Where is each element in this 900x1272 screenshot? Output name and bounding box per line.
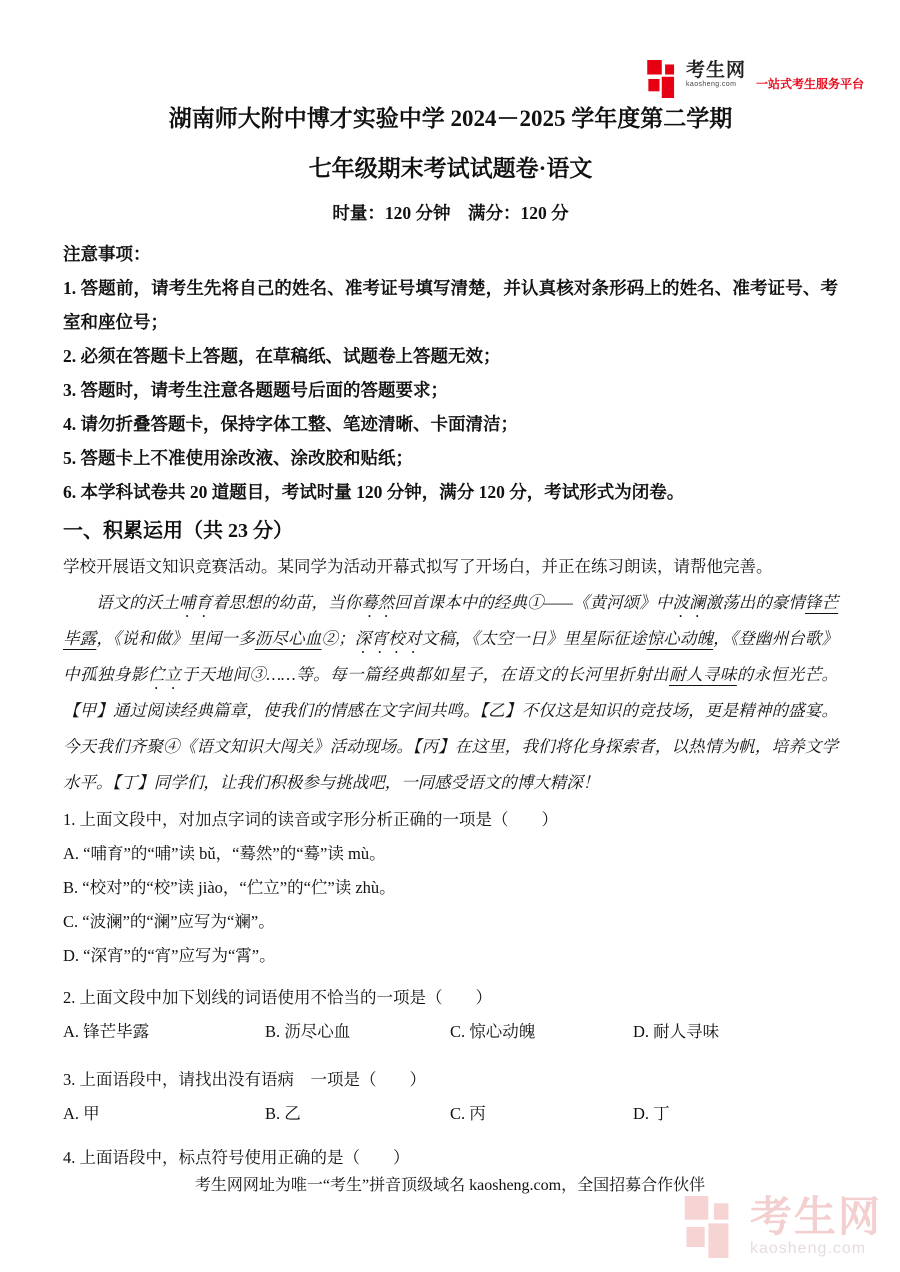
passage-segment: 于天地间③……等。每一篇经典都如星子，在语文的长河里折射出 <box>182 665 669 684</box>
kaosheng-watermark-icon <box>684 1196 740 1258</box>
section-intro: 学校开展语文知识竞赛活动。某同学为活动开幕式拟写了开场白，并正在练习朗读，请帮他… <box>63 549 838 585</box>
passage-segment: ②； <box>321 629 354 648</box>
passage-segment-underlined: 沥尽心血 <box>255 629 322 648</box>
question-2-option-a: A. 锋芒毕露 <box>63 1015 265 1049</box>
exam-title-line2: 七年级期末考试试题卷·语文 <box>63 154 838 184</box>
footer-promo-text: 考生网网址为唯一“考生”拼音顶级域名 kaosheng.com，全国招募合作伙伴 <box>0 1172 900 1195</box>
question-2-option-c: C. 惊心动魄 <box>450 1015 633 1049</box>
question-3-options: A. 甲 B. 乙 C. 丙 D. 丁 <box>63 1097 838 1131</box>
notice-item: 5. 答题卡上不准使用涂改液、涂改胶和贴纸； <box>63 441 838 475</box>
passage-segment: 文稿，《太空一日》里星际征途 <box>421 629 646 648</box>
exam-paper-page: 考生网 kaosheng.com 一站式考生服务平台 湖南师大附中博才实验中学 … <box>0 0 900 1272</box>
question-1: 1. 上面文段中，对加点字词的读音或字形分析正确的一项是（ ） A. “哺育”的… <box>63 803 838 973</box>
watermark-domain: kaosheng.com <box>750 1240 882 1258</box>
question-1-stem: 1. 上面文段中，对加点字词的读音或字形分析正确的一项是（ ） <box>63 803 838 837</box>
passage-segment-dotted: 伫立 <box>148 665 182 684</box>
question-1-option-a: A. “哺育”的“哺”读 bǔ，“蓦然”的“蓦”读 mù。 <box>63 837 838 871</box>
passage-segment: 回首课本中的经典①——《黄河颂》中 <box>394 593 672 612</box>
passage-segment: 语文的沃土 <box>96 593 179 612</box>
exam-title-line1: 湖南师大附中博才实验中学 2024－2025 学年度第二学期 <box>63 104 838 134</box>
question-3-option-b: B. 乙 <box>265 1097 450 1131</box>
notice-item: 6. 本学科试卷共 20 道题目，考试时量 120 分钟，满分 120 分，考试… <box>63 475 838 509</box>
watermark-brand: 考生网 <box>750 1196 882 1238</box>
section-heading: 一、积累运用（共 23 分） <box>63 513 838 549</box>
passage-segment-dotted: 蓦然 <box>361 593 394 612</box>
question-3-option-a: A. 甲 <box>63 1097 265 1131</box>
notice-item: 2. 必须在答题卡上答题，在草稿纸、试题卷上答题无效； <box>63 339 838 373</box>
reading-passage: 语文的沃土哺育着思想的幼苗，当你蓦然回首课本中的经典①——《黄河颂》中波澜激荡出… <box>63 585 838 801</box>
passage-segment: ，《说和做》里闻一多 <box>96 629 254 648</box>
notices-block: 注意事项： 1. 答题前，请考生先将自己的姓名、准考证号填写清楚，并认真核对条形… <box>63 237 838 509</box>
question-4-stem: 4. 上面语段中，标点符号使用正确的是（ ） <box>63 1141 838 1175</box>
notices-heading: 注意事项： <box>63 237 838 271</box>
notice-item: 1. 答题前，请考生先将自己的姓名、准考证号填写清楚，并认真核对条形码上的姓名、… <box>63 271 838 339</box>
document-body: 湖南师大附中博才实验中学 2024－2025 学年度第二学期 七年级期末考试试题… <box>63 0 838 1175</box>
exam-duration-score: 时量：120 分钟 满分：120 分 <box>63 200 838 225</box>
passage-segment-underlined: 耐人寻味 <box>669 665 737 684</box>
question-1-option-b: B. “校对”的“校”读 jiào，“伫立”的“伫”读 zhù。 <box>63 871 838 905</box>
question-2: 2. 上面文段中加下划线的词语使用不恰当的一项是（ ） A. 锋芒毕露 B. 沥… <box>63 981 838 1049</box>
question-2-options: A. 锋芒毕露 B. 沥尽心血 C. 惊心动魄 D. 耐人寻味 <box>63 1015 838 1049</box>
question-3-stem: 3. 上面语段中，请找出没有语病 一项是（ ） <box>63 1063 838 1097</box>
passage-segment-underlined: 惊心动魄 <box>646 629 713 648</box>
notice-item: 4. 请勿折叠答题卡，保持字体工整、笔迹清晰、卡面清洁； <box>63 407 838 441</box>
question-2-stem: 2. 上面文段中加下划线的词语使用不恰当的一项是（ ） <box>63 981 838 1015</box>
passage-segment: 的永恒光芒。【甲】通过阅读经典篇章，使我们的情感在文字间共鸣。【乙】不仅这是知识… <box>63 665 838 792</box>
question-1-option-c: C. “波澜”的“澜”应写为“斓”。 <box>63 905 838 939</box>
question-2-option-d: D. 耐人寻味 <box>633 1015 838 1049</box>
notice-item: 3. 答题时，请考生注意各题题号后面的答题要求； <box>63 373 838 407</box>
question-1-option-d: D. “深宵”的“宵”应写为“霄”。 <box>63 939 838 973</box>
kaosheng-watermark: 考生网 kaosheng.com <box>684 1196 882 1258</box>
watermark-text-block: 考生网 kaosheng.com <box>750 1196 882 1258</box>
question-2-option-b: B. 沥尽心血 <box>265 1015 450 1049</box>
question-3-option-c: C. 丙 <box>450 1097 633 1131</box>
passage-segment-dotted: 深宵校对 <box>355 629 422 648</box>
passage-segment: 着思想的幼苗，当你 <box>212 593 361 612</box>
passage-segment-dotted: 哺育 <box>179 593 212 612</box>
passage-segment: 激荡出的豪情 <box>706 593 805 612</box>
question-4: 4. 上面语段中，标点符号使用正确的是（ ） <box>63 1141 838 1175</box>
question-3: 3. 上面语段中，请找出没有语病 一项是（ ） A. 甲 B. 乙 C. 丙 D… <box>63 1063 838 1131</box>
question-3-option-d: D. 丁 <box>633 1097 838 1131</box>
passage-segment-dotted: 波澜 <box>672 593 705 612</box>
